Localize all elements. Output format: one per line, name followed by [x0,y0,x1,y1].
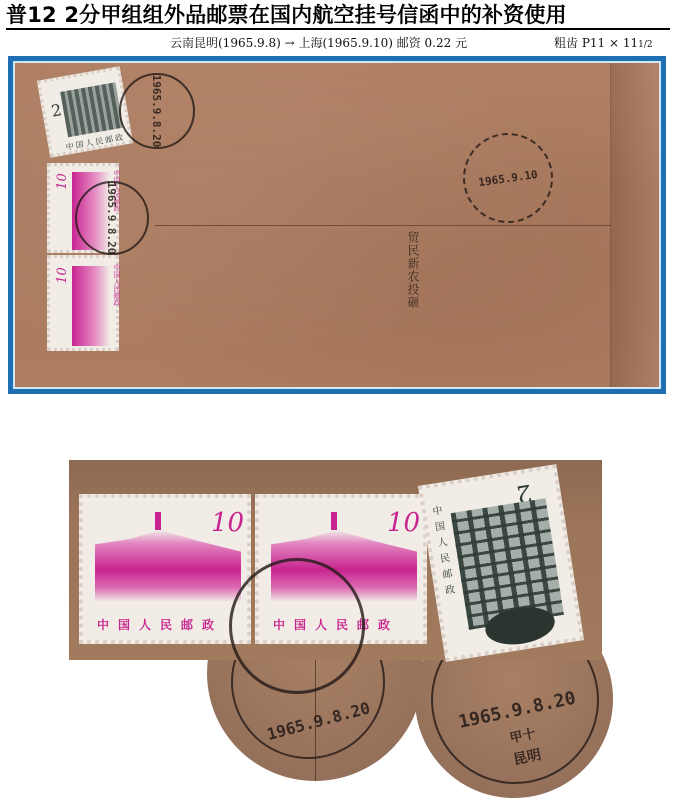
postmark-date: 1965.9.8.20 [151,75,164,148]
stamp-denomination: 10 [55,267,70,284]
postmark-date: 1965.9.8.20 [265,698,372,744]
origin-postmark-middle: 1965.9.8.20 [75,181,149,255]
stamp-inscription: 中国人民邮政 [97,616,223,633]
detail-stamp-2-fen-building: 2 中国人民邮政 [418,464,584,662]
envelope-flap [610,63,659,387]
perforation-fraction: 1/2 [638,40,652,50]
perforation-prefix: 粗齿 P11 × 11 [554,36,638,50]
pagoda-hill-illustration [72,266,110,346]
fold-line [155,225,611,226]
envelope-photo-frame: 2 中国人民邮政 10 中国人民邮政 10 中国人民邮政 1965.9.8.20… [8,56,666,394]
stamp-10-fen-pagoda-lower: 10 中国人民邮政 [47,255,119,351]
pagoda-icon [331,512,337,530]
stamp-denomination: 10 [387,508,420,538]
pagoda-icon [155,512,161,530]
page-title: 普12 2分甲组组外品邮票在国内航空挂号信函中的补资使用 [6,2,670,30]
detail-stamp-10-fen-right: 10 中国人民邮政 [255,494,427,644]
arrival-postmark: 1965.9.10 [457,127,559,229]
postmark-code: 甲十 [508,723,537,747]
stamp-denomination: 10 [211,508,244,538]
postmark-city: 昆明 [511,744,543,769]
stamp-denomination: 2 [50,100,63,120]
envelope-cover: 2 中国人民邮政 10 中国人民邮政 10 中国人民邮政 1965.9.8.20… [15,63,659,387]
hill-illustration [95,530,241,602]
handwritten-notation: 贸民新农投砸 [405,231,421,309]
origin-postmark-top: 1965.9.8.20 [119,73,195,149]
postmark-date: 1965.9.8.20 [106,182,119,255]
stamp-inscription: 中国人民邮政 [112,264,122,306]
cancel-overlay [229,558,365,694]
stamp-denomination: 10 [55,173,70,190]
stamp-detail-enlargement: 10 中国人民邮政 10 中国人民邮政 2 中国人民邮政 [69,460,602,660]
route-caption: 云南昆明(1965.9.8) → 上海(1965.9.10) 邮资 0.22 元 [170,34,467,51]
perforation-caption: 粗齿 P11 × 111/2 [554,34,653,51]
detail-stamp-10-fen-left: 10 中国人民邮政 [79,494,251,644]
postmark-date: 1965.9.10 [478,167,539,188]
building-illustration [60,82,123,137]
